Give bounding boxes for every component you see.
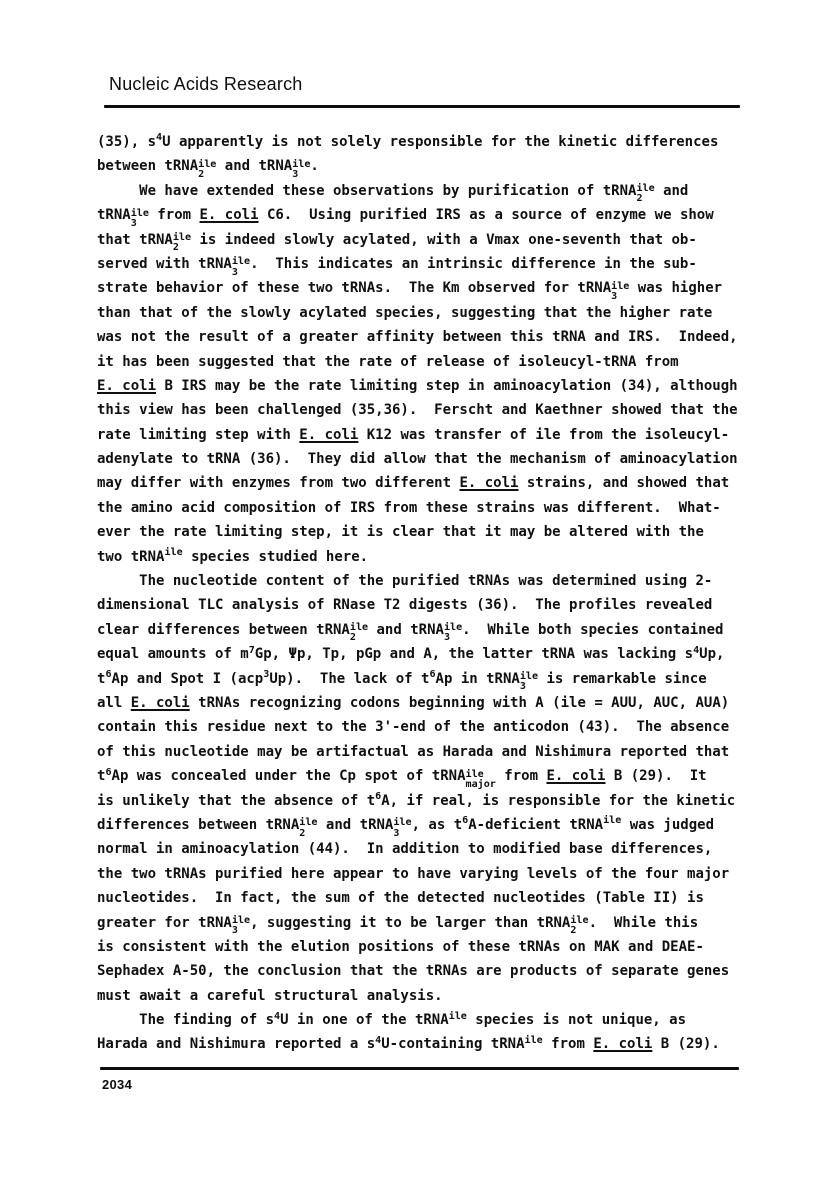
text-line: between tRNAile2 and tRNAile3. — [97, 154, 777, 178]
text-line: strate behavior of these two tRNAs. The … — [97, 276, 777, 300]
text-line: it has been suggested that the rate of r… — [97, 350, 777, 374]
sup-sub-stack: ile3 — [611, 282, 629, 303]
sup-sub-stack: ile2 — [299, 818, 317, 839]
superscript: 6 — [105, 669, 111, 680]
superscript: ile — [525, 1035, 543, 1046]
journal-header-title: Nucleic Acids Research — [109, 74, 302, 95]
text-line: may differ with enzymes from two differe… — [97, 471, 777, 495]
text-line: nucleotides. In fact, the sum of the det… — [97, 886, 777, 910]
superscript: 3 — [263, 669, 269, 680]
text-line: this view has been challenged (35,36). F… — [97, 398, 777, 422]
underlined-term: E. coli — [97, 378, 156, 394]
text-line: that tRNAile2 is indeed slowly acylated,… — [97, 228, 777, 252]
text-line: rate limiting step with E. coli K12 was … — [97, 423, 777, 447]
superscript: ile — [164, 547, 182, 558]
text-line: greater for tRNAile3, suggesting it to b… — [97, 911, 777, 935]
superscript: 6 — [105, 767, 111, 778]
text-line: clear differences between tRNAile2 and t… — [97, 618, 777, 642]
footer-rule — [100, 1067, 739, 1070]
header-rule — [104, 105, 740, 108]
superscript: 6 — [429, 669, 435, 680]
superscript: 6 — [375, 791, 381, 802]
text-line: differences between tRNAile2 and tRNAile… — [97, 813, 777, 837]
text-line: Sephadex A-50, the conclusion that the t… — [97, 959, 777, 983]
journal-page: Nucleic Acids Research (35), s4U apparen… — [0, 0, 816, 1183]
text-line: The finding of s4U in one of the tRNAile… — [97, 1008, 777, 1032]
superscript: 4 — [693, 645, 699, 656]
sup-sub-stack: ile3 — [292, 160, 310, 181]
sup-sub-stack: ile2 — [173, 233, 191, 254]
text-line: dimensional TLC analysis of RNase T2 dig… — [97, 593, 777, 617]
text-line: all E. coli tRNAs recognizing codons beg… — [97, 691, 777, 715]
superscript: 4 — [156, 132, 162, 143]
text-line: adenylate to tRNA (36). They did allow t… — [97, 447, 777, 471]
superscript: 4 — [375, 1035, 381, 1046]
superscript: ile — [449, 1011, 467, 1022]
sup-sub-stack: ile3 — [444, 623, 462, 644]
text-line: Harada and Nishimura reported a s4U-cont… — [97, 1032, 777, 1056]
text-line: of this nucleotide may be artifactual as… — [97, 740, 777, 764]
sup-sub-stack: ile3 — [131, 209, 149, 230]
sup-sub-stack: ile3 — [232, 257, 250, 278]
superscript: ile — [603, 815, 621, 826]
text-line: We have extended these observations by p… — [97, 179, 777, 203]
superscript: 4 — [274, 1011, 280, 1022]
text-line: equal amounts of m7Gp, Ψp, Tp, pGp and A… — [97, 642, 777, 666]
text-line: must await a careful structural analysis… — [97, 984, 777, 1008]
text-line: two tRNAile species studied here. — [97, 545, 777, 569]
underlined-term: E. coli — [546, 768, 605, 784]
underlined-term: E. coli — [299, 427, 358, 443]
underlined-term: E. coli — [200, 207, 259, 223]
text-line: contain this residue next to the 3'-end … — [97, 715, 777, 739]
text-line: The nucleotide content of the purified t… — [97, 569, 777, 593]
text-line: (35), s4U apparently is not solely respo… — [97, 130, 777, 154]
page-number: 2034 — [102, 1077, 132, 1092]
text-line: served with tRNAile3. This indicates an … — [97, 252, 777, 276]
article-body-text: (35), s4U apparently is not solely respo… — [97, 130, 777, 1057]
superscript: 7 — [249, 645, 255, 656]
text-line: tRNAile3 from E. coli C6. Using purified… — [97, 203, 777, 227]
text-line: is consistent with the elution positions… — [97, 935, 777, 959]
underlined-term: E. coli — [459, 475, 518, 491]
text-line: ever the rate limiting step, it is clear… — [97, 520, 777, 544]
sup-sub-stack: ile3 — [232, 916, 250, 937]
text-line: t6Ap was concealed under the Cp spot of … — [97, 764, 777, 788]
sup-sub-stack: ile2 — [570, 916, 588, 937]
text-line: t6Ap and Spot I (acp3Up). The lack of t6… — [97, 667, 777, 691]
text-line: normal in aminoacylation (44). In additi… — [97, 837, 777, 861]
sup-sub-stack: ile3 — [520, 672, 538, 693]
text-line: is unlikely that the absence of t6A, if … — [97, 789, 777, 813]
underlined-term: E. coli — [593, 1036, 652, 1052]
text-line: than that of the slowly acylated species… — [97, 301, 777, 325]
text-line: the amino acid composition of IRS from t… — [97, 496, 777, 520]
sup-sub-stack: ile2 — [636, 184, 654, 205]
text-line: E. coli B IRS may be the rate limiting s… — [97, 374, 777, 398]
sup-sub-stack: ile2 — [198, 160, 216, 181]
superscript: 6 — [462, 815, 468, 826]
underlined-term: E. coli — [131, 695, 190, 711]
text-line: the two tRNAs purified here appear to ha… — [97, 862, 777, 886]
sup-sub-stack: ile3 — [393, 818, 411, 839]
text-line: was not the result of a greater affinity… — [97, 325, 777, 349]
sup-sub-stack: ile2 — [350, 623, 368, 644]
sup-sub-stack: ilemajor — [466, 770, 496, 791]
